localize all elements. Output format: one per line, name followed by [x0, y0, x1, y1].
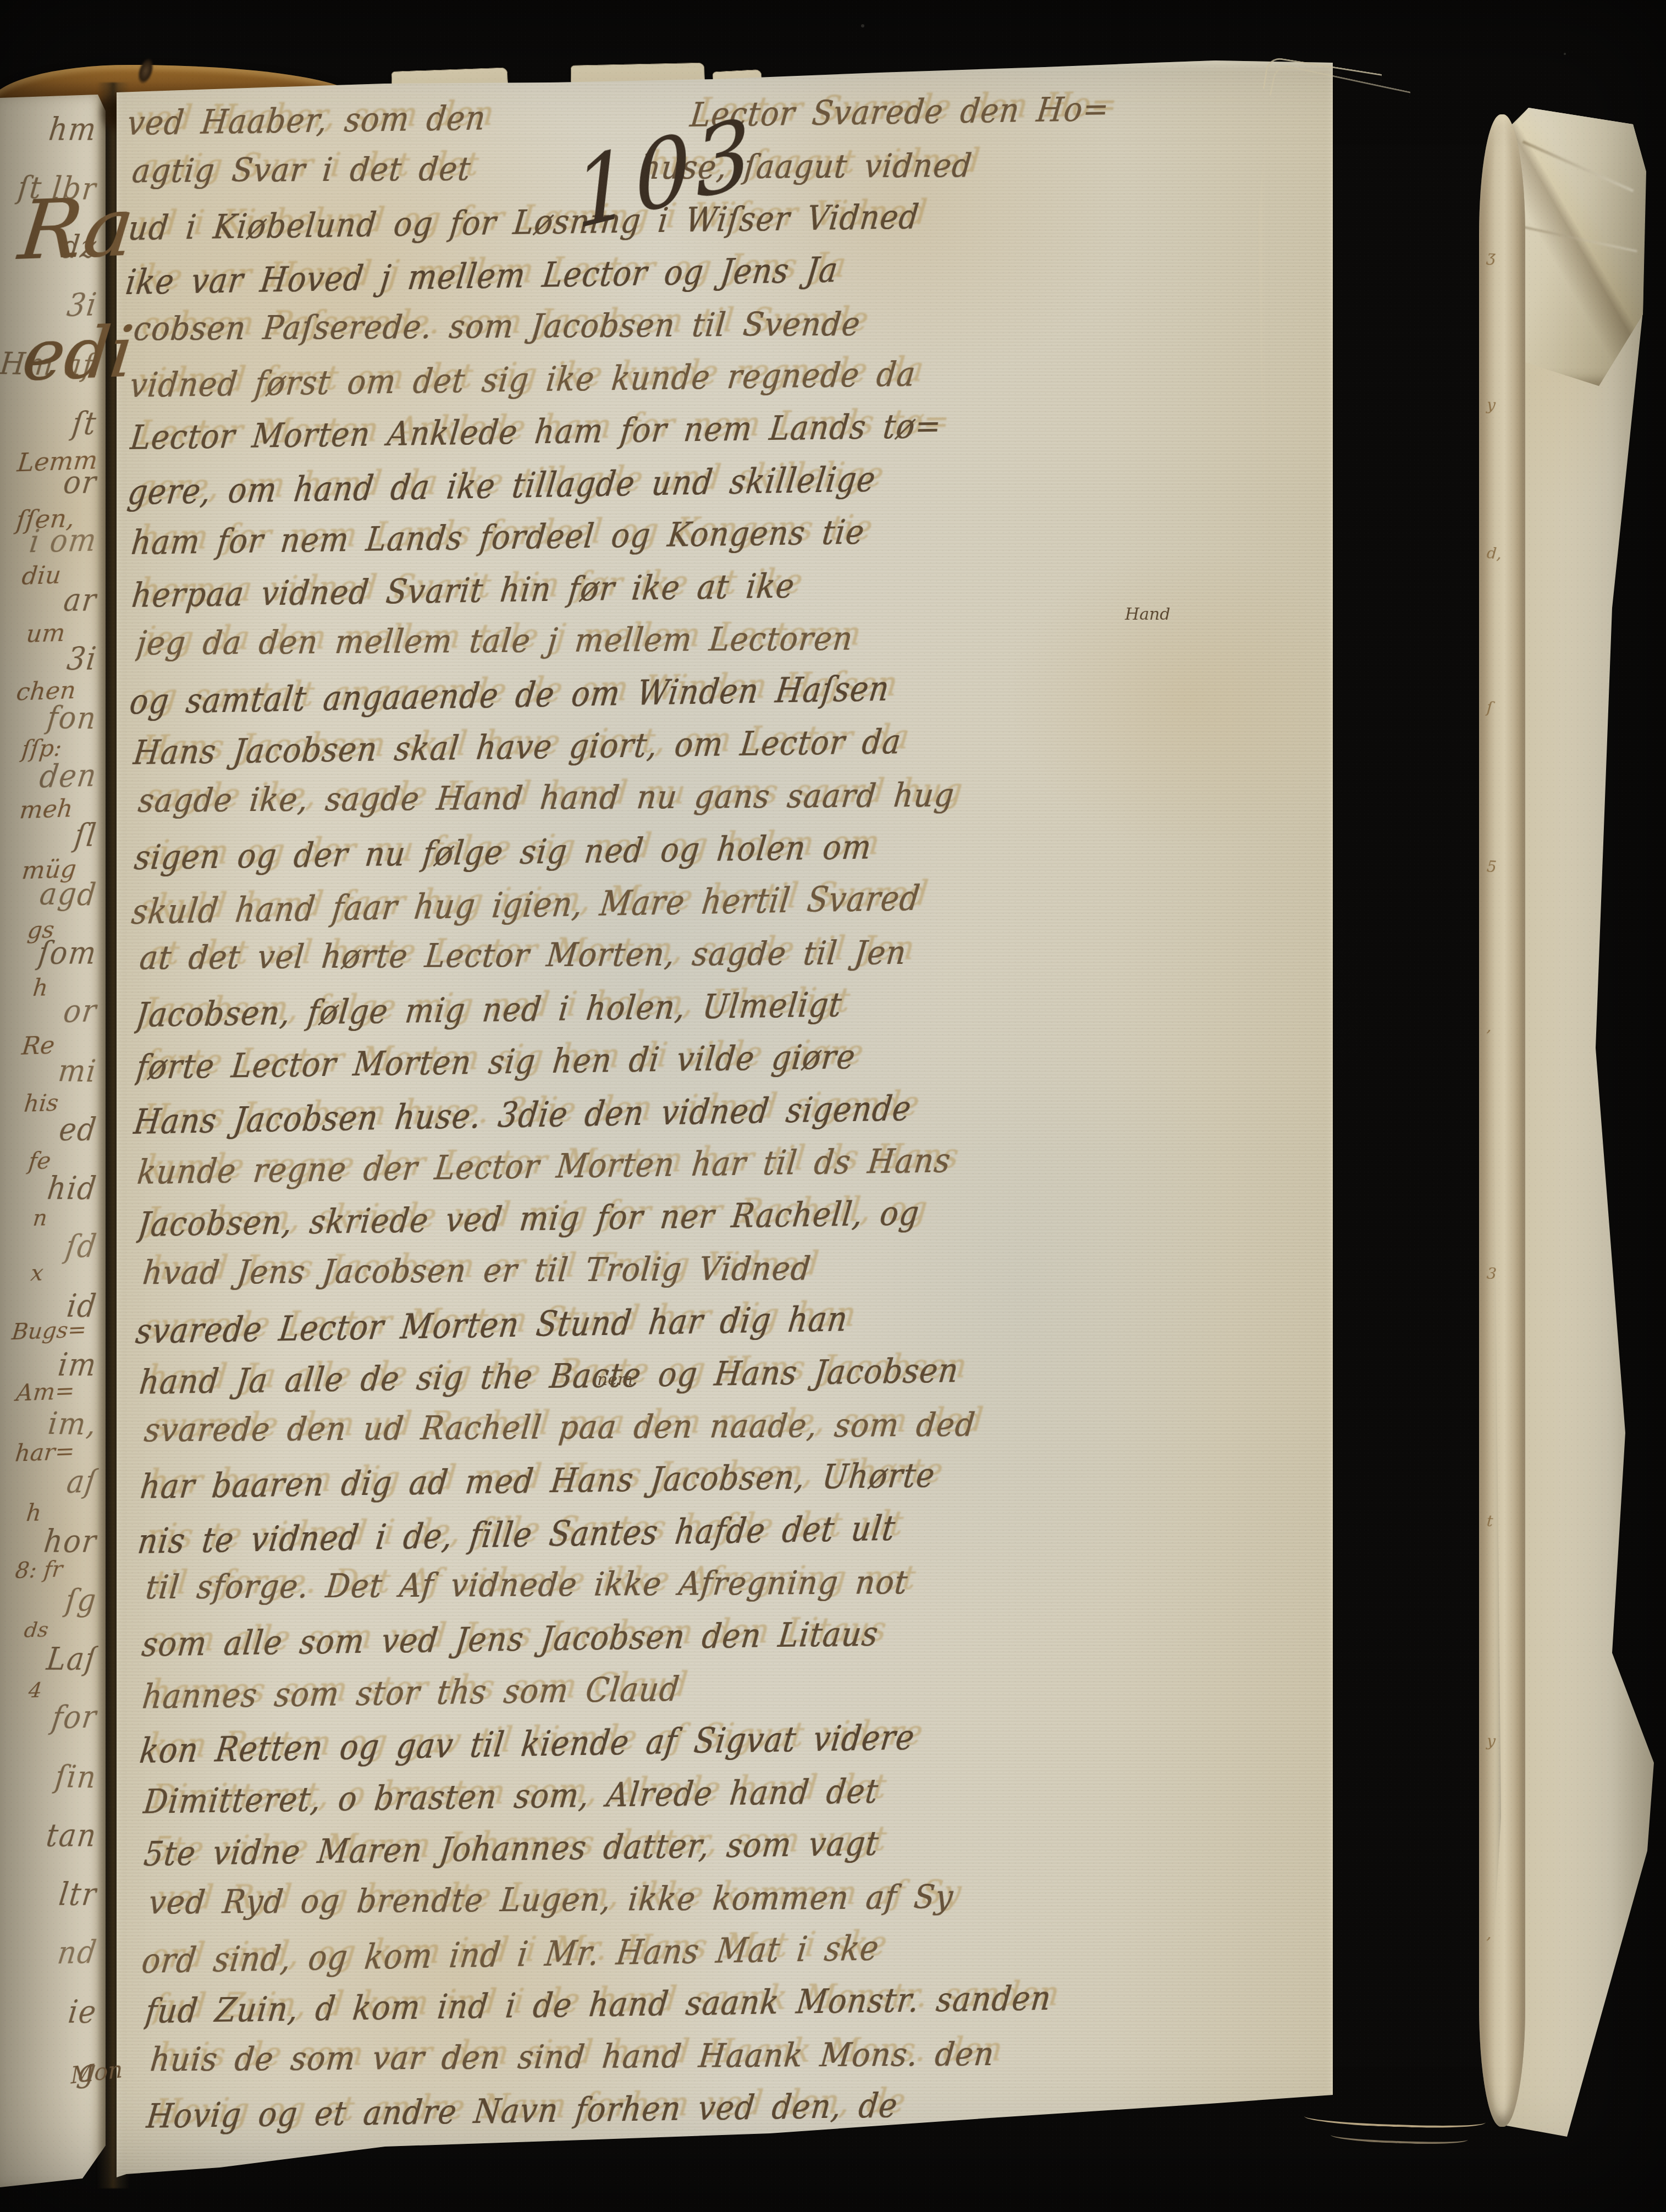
under-page-fragment: edi	[19, 314, 136, 395]
under-page-fragment: Bugs=	[10, 1318, 87, 1345]
left-page-line-fragment: hid	[0, 1160, 100, 1218]
superscript-word: nem	[597, 1370, 633, 1389]
left-page-line-fragment: ſt	[0, 395, 100, 453]
under-page-fragment: Ra	[15, 181, 138, 276]
ridge-ink-mark: y	[1486, 395, 1496, 414]
under-page-fragment: 8: fr	[14, 1558, 64, 1584]
manuscript-page: ved Haaber, som den Lector Svarede den H…	[117, 60, 1333, 2184]
left-page-line-fragment: ie	[0, 1983, 100, 2042]
left-page-line-fragment: nd	[0, 1923, 101, 1984]
ridge-ink-mark: d,	[1486, 544, 1502, 563]
under-page-fragment: 4	[27, 1679, 43, 1703]
left-page-line-fragment: ſin	[0, 1748, 100, 1806]
handwriting-layer: ved Haaber, som den Lector Svarede den H…	[127, 49, 1291, 2183]
under-page-fragment: meh	[18, 796, 74, 824]
left-page-line-fragment: tan	[0, 1807, 100, 1865]
under-page-fragment: Re	[20, 1033, 56, 1060]
under-page-fragment: ds	[23, 1618, 49, 1642]
under-page-fragment: ſſen,	[15, 504, 76, 534]
under-page-fragment: Lemm	[16, 446, 99, 477]
under-page-fragment: ſſp:	[20, 736, 63, 763]
left-page-edge: hmſt lbrdz3iHm afdſtori omar3ifondenſlag…	[0, 95, 106, 2188]
under-page-fragment: diu	[20, 562, 62, 591]
left-page-line-fragment: hm	[0, 101, 100, 159]
under-page-fragment: Am=	[15, 1378, 76, 1406]
left-page-line-fragment: Laſ	[0, 1630, 100, 1689]
left-page-line-fragment: ſd	[0, 1217, 101, 1278]
superscript-word: Hand	[1125, 605, 1171, 624]
dust-fleck	[861, 24, 864, 27]
under-page-fragment: gs	[26, 917, 56, 944]
under-page-fragment: h	[32, 975, 49, 1001]
left-page-text-fragments: hmſt lbrdz3iHm afdſtori omar3ifondenſlag…	[0, 95, 102, 2188]
bottom-page-edge	[1331, 2128, 1469, 2146]
under-page-fragment: har=	[14, 1439, 76, 1466]
fore-edge-page-block	[1258, 57, 1507, 2142]
under-page-fragment: x	[30, 1261, 45, 1286]
under-page-fragment: h	[25, 1501, 43, 1526]
scanned-manuscript-photo: hmſt lbrdz3iHm afdſtori omar3ifondenſlag…	[0, 0, 1666, 2212]
left-page-line-fragment: for	[0, 1687, 101, 1749]
ridge-ink-mark: ʒ	[1486, 247, 1496, 266]
under-page-fragment: um	[25, 620, 66, 648]
under-page-fragment: his	[23, 1090, 59, 1117]
under-page-fragment: chen	[15, 677, 77, 706]
under-page-fragment: müg	[20, 856, 78, 885]
under-page-fragment: n	[32, 1206, 49, 1231]
left-page-line-fragment: ltr	[0, 1866, 100, 1924]
dust-fleck	[1564, 53, 1566, 55]
under-page-fragment: fe	[27, 1148, 52, 1174]
